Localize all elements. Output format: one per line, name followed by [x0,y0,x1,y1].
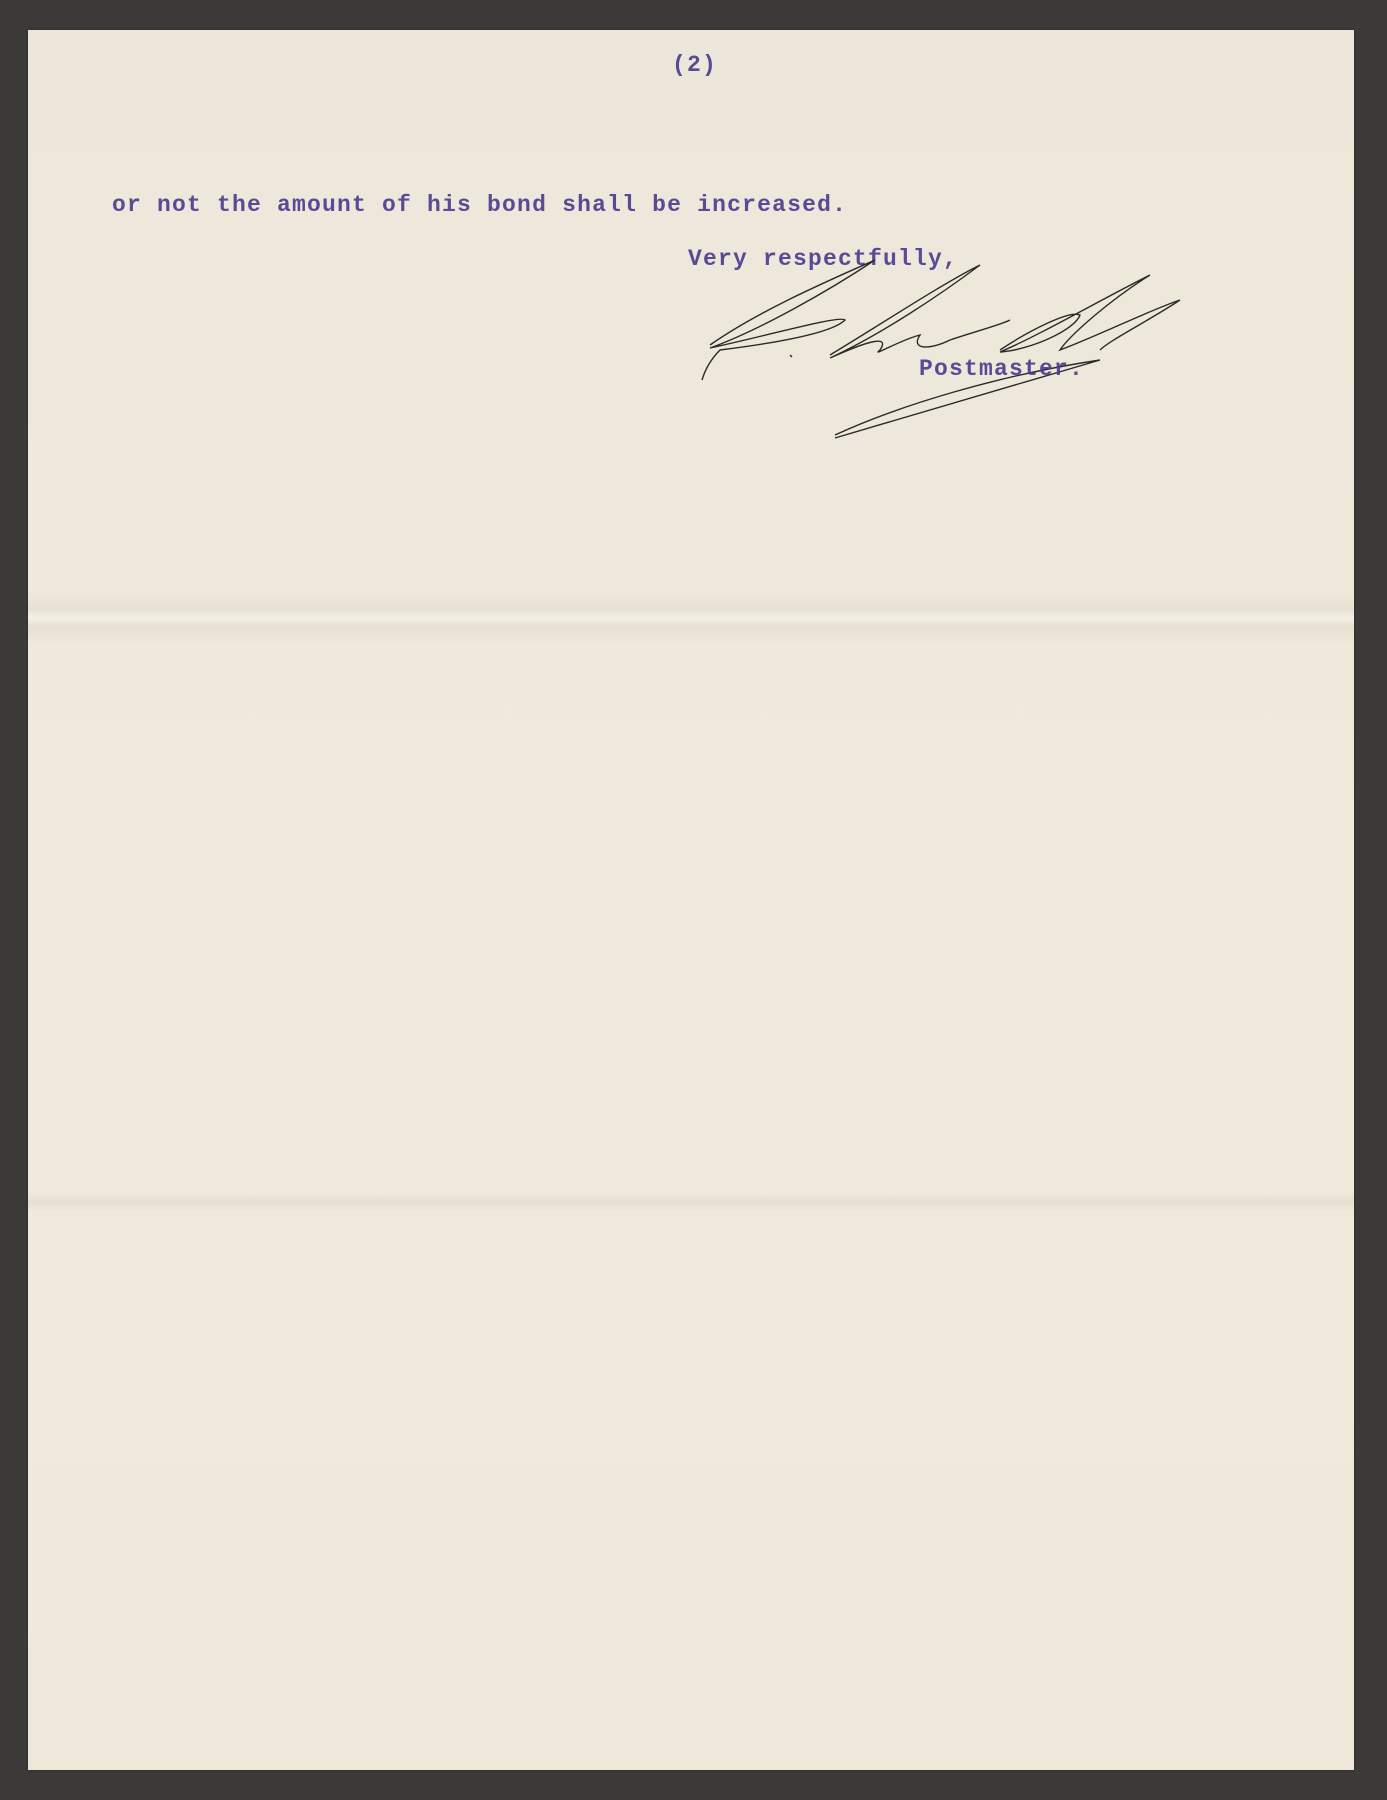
signer-title: Postmaster. [919,356,1084,382]
handwritten-signature [680,240,1220,440]
page-number: (2) [672,52,717,78]
paper-fold-lower [28,1192,1354,1212]
paper-fold-upper [28,590,1354,646]
body-text: or not the amount of his bond shall be i… [112,192,847,218]
